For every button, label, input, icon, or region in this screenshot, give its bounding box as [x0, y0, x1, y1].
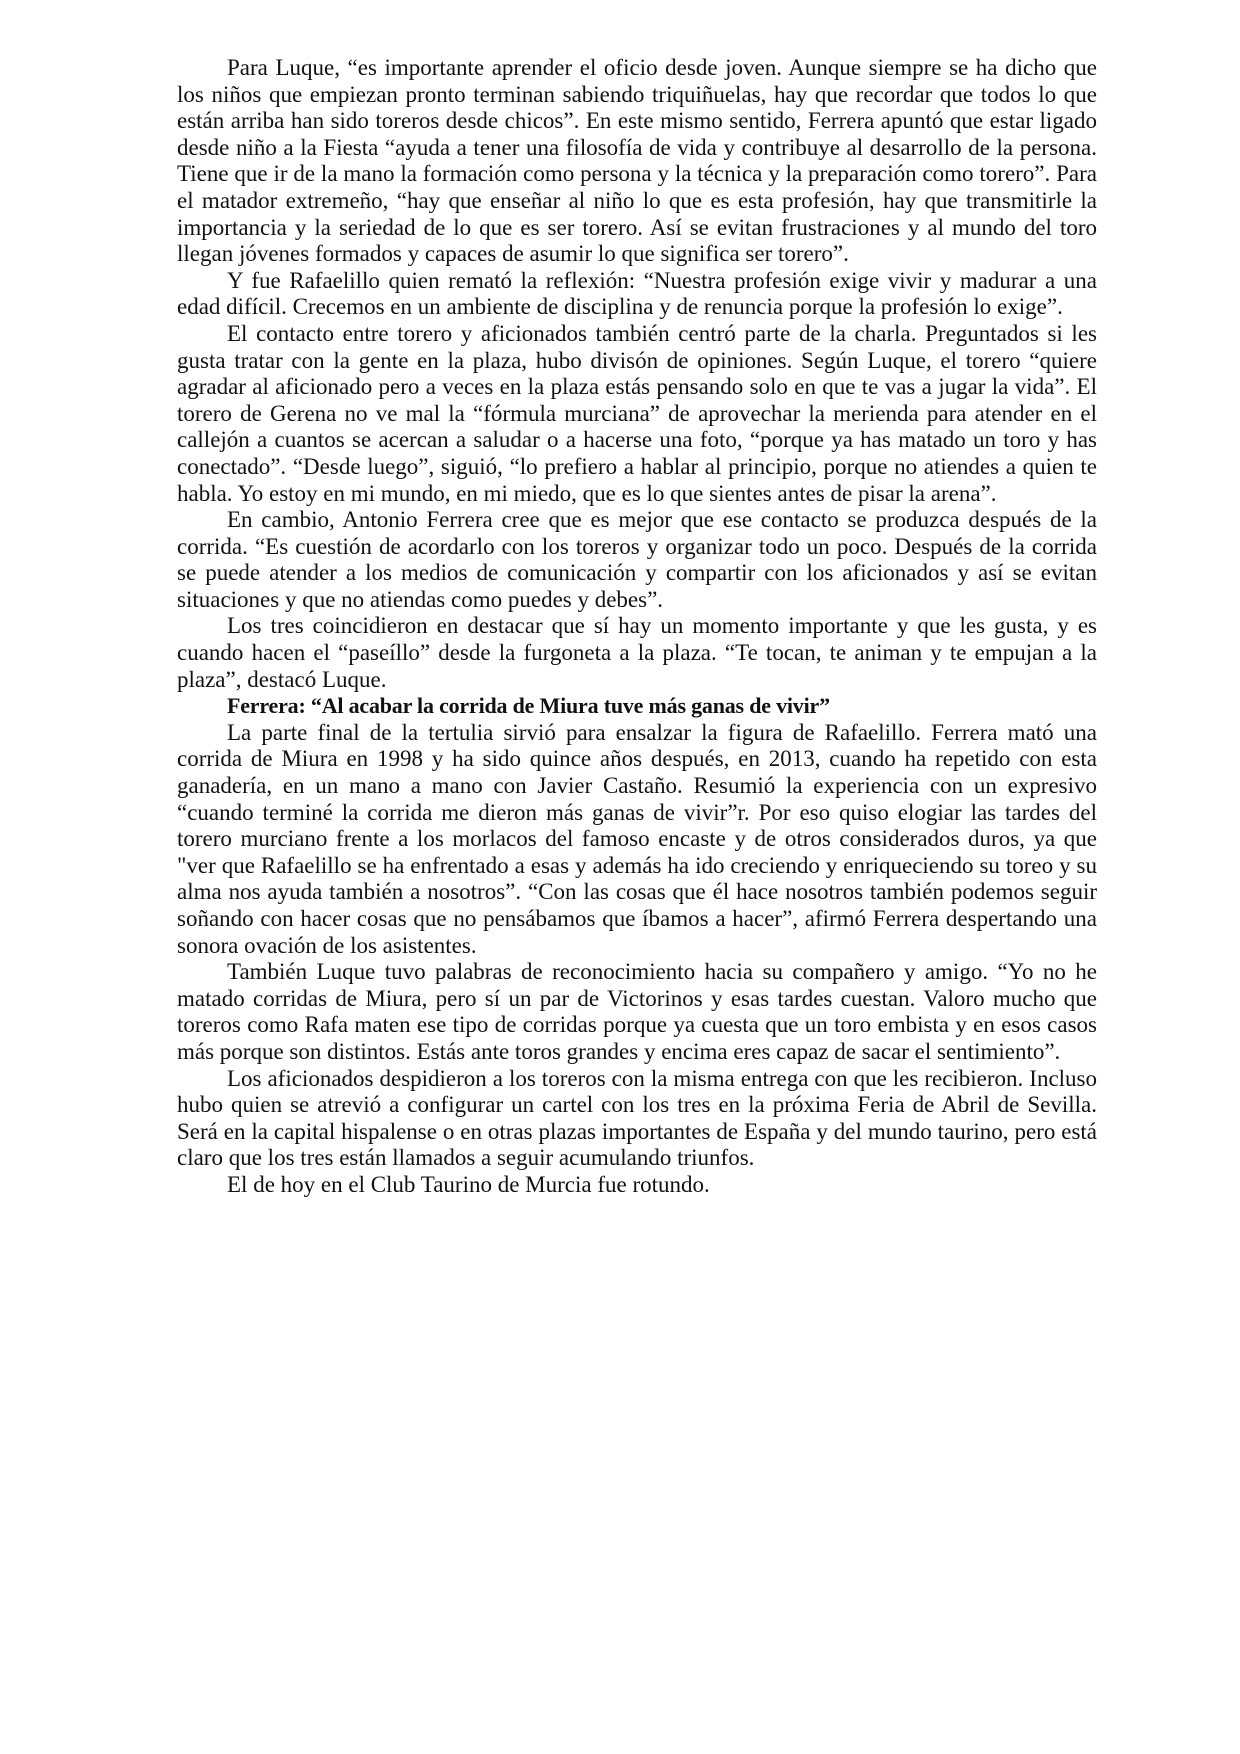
paragraph-contacto-aficionados: El contacto entre torero y aficionados t… [177, 321, 1097, 507]
paragraph-ferrera-miura: La parte final de la tertulia sirvió par… [177, 720, 1097, 959]
paragraph-rafaelillo-reflexion: Y fue Rafaelillo quien remató la reflexi… [177, 268, 1097, 321]
document-page: Para Luque, “es importante aprender el o… [177, 55, 1097, 1199]
section-subheading: Ferrera: “Al acabar la corrida de Miura … [177, 693, 1097, 720]
paragraph-despedida: Los aficionados despidieron a los torero… [177, 1066, 1097, 1172]
paragraph-closing: El de hoy en el Club Taurino de Murcia f… [177, 1172, 1097, 1199]
paragraph-luque-oficio: Para Luque, “es importante aprender el o… [177, 55, 1097, 268]
paragraph-paseillo: Los tres coincidieron en destacar que sí… [177, 613, 1097, 693]
paragraph-ferrera-contacto: En cambio, Antonio Ferrera cree que es m… [177, 507, 1097, 613]
paragraph-luque-reconocimiento: También Luque tuvo palabras de reconocim… [177, 959, 1097, 1065]
